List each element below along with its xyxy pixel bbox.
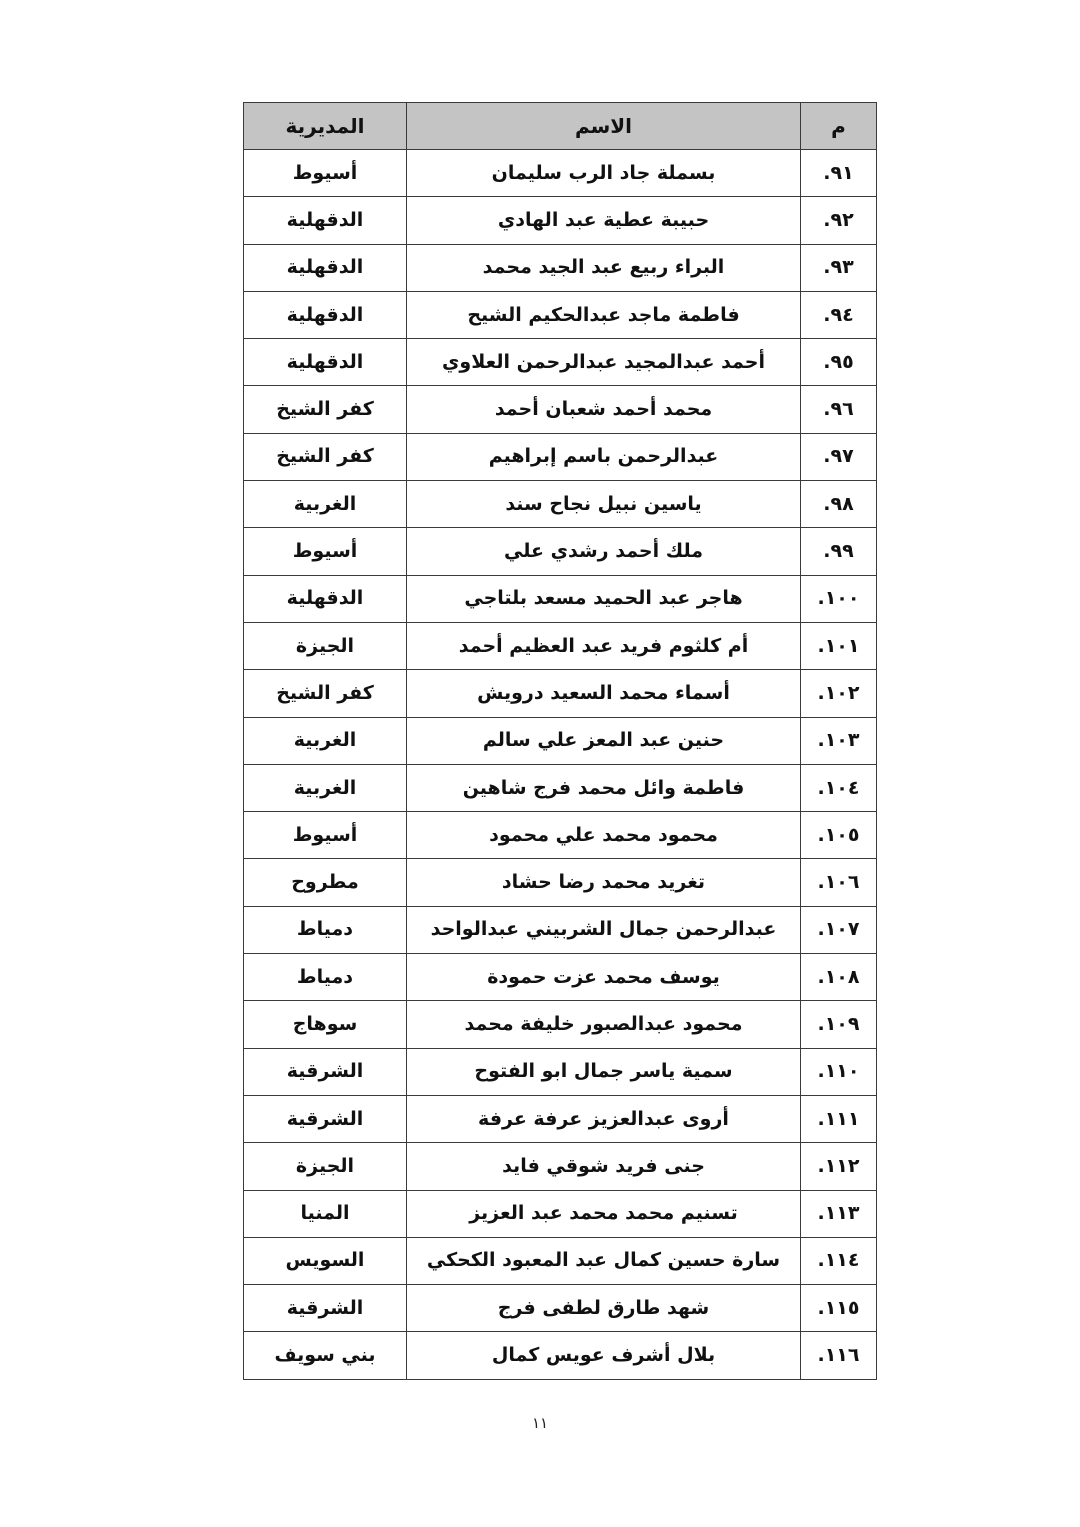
row-number: ١١٥.: [801, 1285, 877, 1332]
row-name: حبيبة عطية عبد الهادي: [407, 197, 801, 244]
row-number: ٩١.: [801, 150, 877, 197]
row-directorate: الغربية: [244, 764, 407, 811]
table-row: ٩٥.أحمد عبدالمجيد عبدالرحمن العلاويالدقه…: [244, 339, 877, 386]
row-directorate: الجيزة: [244, 1143, 407, 1190]
row-name: أروى عبدالعزيز عرفة عرفة: [407, 1095, 801, 1142]
table-row: ١١٣.تسنيم محمد محمد عبد العزيزالمنيا: [244, 1190, 877, 1237]
row-number: ١٠٢.: [801, 670, 877, 717]
row-directorate: الغربية: [244, 481, 407, 528]
table-row: ١١٠.سمية ياسر جمال ابو الفتوحالشرقية: [244, 1048, 877, 1095]
row-directorate: كفر الشيخ: [244, 670, 407, 717]
table-row: ٩٩.ملك أحمد رشدي عليأسيوط: [244, 528, 877, 575]
row-number: ١٠٥.: [801, 812, 877, 859]
row-number: ٩٣.: [801, 244, 877, 291]
row-name: تغريد محمد رضا حشاد: [407, 859, 801, 906]
row-number: ١٠٠.: [801, 575, 877, 622]
page-number: ١١: [0, 1414, 1080, 1432]
row-name: بسملة جاد الرب سليمان: [407, 150, 801, 197]
row-name: تسنيم محمد محمد عبد العزيز: [407, 1190, 801, 1237]
row-number: ١١٤.: [801, 1237, 877, 1284]
table-row: ٩٦.محمد أحمد شعبان أحمدكفر الشيخ: [244, 386, 877, 433]
row-number: ١٠١.: [801, 622, 877, 669]
row-directorate: أسيوط: [244, 812, 407, 859]
table-row: ١٠٤.فاطمة وائل محمد فرج شاهينالغربية: [244, 764, 877, 811]
row-directorate: الدقهلية: [244, 291, 407, 338]
table-row: ١٠٢.أسماء محمد السعيد درويشكفر الشيخ: [244, 670, 877, 717]
row-name: جنى فريد شوقي فايد: [407, 1143, 801, 1190]
row-name: محمد أحمد شعبان أحمد: [407, 386, 801, 433]
row-directorate: بني سويف: [244, 1332, 407, 1379]
row-number: ٩٨.: [801, 481, 877, 528]
row-name: أم كلثوم فريد عبد العظيم أحمد: [407, 622, 801, 669]
row-directorate: الشرقية: [244, 1285, 407, 1332]
table-row: ٩٧.عبدالرحمن باسم إبراهيمكفر الشيخ: [244, 433, 877, 480]
row-name: سمية ياسر جمال ابو الفتوح: [407, 1048, 801, 1095]
row-directorate: الدقهلية: [244, 575, 407, 622]
row-name: فاطمة وائل محمد فرج شاهين: [407, 764, 801, 811]
table-row: ٩٢.حبيبة عطية عبد الهاديالدقهلية: [244, 197, 877, 244]
row-name: محمود عبدالصبور خليفة محمد: [407, 1001, 801, 1048]
header-name: الاسم: [407, 103, 801, 150]
row-name: ياسين نبيل نجاح سند: [407, 481, 801, 528]
table-row: ١١٢.جنى فريد شوقي فايدالجيزة: [244, 1143, 877, 1190]
table-row: ١٠٦.تغريد محمد رضا حشادمطروح: [244, 859, 877, 906]
row-directorate: دمياط: [244, 954, 407, 1001]
table-row: ١٠٥.محمود محمد علي محمودأسيوط: [244, 812, 877, 859]
row-directorate: السويس: [244, 1237, 407, 1284]
row-directorate: سوهاج: [244, 1001, 407, 1048]
row-directorate: الجيزة: [244, 622, 407, 669]
table-row: ١٠٠.هاجر عبد الحميد مسعد بلتاجيالدقهلية: [244, 575, 877, 622]
row-number: ٩٧.: [801, 433, 877, 480]
row-directorate: المنيا: [244, 1190, 407, 1237]
row-number: ١١٣.: [801, 1190, 877, 1237]
table-row: ٩٨.ياسين نبيل نجاح سندالغربية: [244, 481, 877, 528]
row-directorate: كفر الشيخ: [244, 433, 407, 480]
row-number: ٩٥.: [801, 339, 877, 386]
table-row: ٩٣.البراء ربيع عبد الجيد محمدالدقهلية: [244, 244, 877, 291]
table-header-row: م الاسم المديرية: [244, 103, 877, 150]
row-name: محمود محمد علي محمود: [407, 812, 801, 859]
row-directorate: الدقهلية: [244, 197, 407, 244]
row-name: أحمد عبدالمجيد عبدالرحمن العلاوي: [407, 339, 801, 386]
row-number: ١١٢.: [801, 1143, 877, 1190]
table-row: ١١١.أروى عبدالعزيز عرفة عرفةالشرقية: [244, 1095, 877, 1142]
header-number: م: [801, 103, 877, 150]
row-directorate: الدقهلية: [244, 339, 407, 386]
row-directorate: الشرقية: [244, 1095, 407, 1142]
row-name: بلال أشرف عويس كمال: [407, 1332, 801, 1379]
row-number: ١٠٣.: [801, 717, 877, 764]
row-directorate: الشرقية: [244, 1048, 407, 1095]
table-row: ١١٦.بلال أشرف عويس كمالبني سويف: [244, 1332, 877, 1379]
row-directorate: الغربية: [244, 717, 407, 764]
row-number: ٩٦.: [801, 386, 877, 433]
row-number: ١٠٧.: [801, 906, 877, 953]
table-row: ١٠٣.حنين عبد المعز علي سالمالغربية: [244, 717, 877, 764]
row-name: سارة حسين كمال عبد المعبود الكحكي: [407, 1237, 801, 1284]
table-row: ١١٥.شهد طارق لطفى فرجالشرقية: [244, 1285, 877, 1332]
row-directorate: أسيوط: [244, 150, 407, 197]
row-name: شهد طارق لطفى فرج: [407, 1285, 801, 1332]
table-row: ٩١.بسملة جاد الرب سليمانأسيوط: [244, 150, 877, 197]
row-number: ١٠٦.: [801, 859, 877, 906]
names-table: م الاسم المديرية ٩١.بسملة جاد الرب سليما…: [243, 102, 877, 1380]
table-row: ١٠١.أم كلثوم فريد عبد العظيم أحمدالجيزة: [244, 622, 877, 669]
row-name: ملك أحمد رشدي علي: [407, 528, 801, 575]
row-number: ١٠٩.: [801, 1001, 877, 1048]
row-name: يوسف محمد عزت حمودة: [407, 954, 801, 1001]
row-name: فاطمة ماجد عبدالحكيم الشيح: [407, 291, 801, 338]
table-row: ١٠٨.يوسف محمد عزت حمودةدمياط: [244, 954, 877, 1001]
row-number: ٩٢.: [801, 197, 877, 244]
row-number: ٩٤.: [801, 291, 877, 338]
header-directorate: المديرية: [244, 103, 407, 150]
table-body: ٩١.بسملة جاد الرب سليمانأسيوط٩٢.حبيبة عط…: [244, 150, 877, 1380]
row-name: عبدالرحمن باسم إبراهيم: [407, 433, 801, 480]
row-name: حنين عبد المعز علي سالم: [407, 717, 801, 764]
row-number: ١١١.: [801, 1095, 877, 1142]
row-number: ١١٠.: [801, 1048, 877, 1095]
row-number: ١٠٤.: [801, 764, 877, 811]
row-directorate: الدقهلية: [244, 244, 407, 291]
row-name: البراء ربيع عبد الجيد محمد: [407, 244, 801, 291]
table-row: ٩٤.فاطمة ماجد عبدالحكيم الشيحالدقهلية: [244, 291, 877, 338]
row-directorate: أسيوط: [244, 528, 407, 575]
row-name: أسماء محمد السعيد درويش: [407, 670, 801, 717]
table-row: ١٠٧.عبدالرحمن جمال الشربيني عبدالواحددمي…: [244, 906, 877, 953]
row-number: ٩٩.: [801, 528, 877, 575]
row-number: ١٠٨.: [801, 954, 877, 1001]
row-number: ١١٦.: [801, 1332, 877, 1379]
row-directorate: كفر الشيخ: [244, 386, 407, 433]
table-row: ١١٤.سارة حسين كمال عبد المعبود الكحكيالس…: [244, 1237, 877, 1284]
document-page: م الاسم المديرية ٩١.بسملة جاد الرب سليما…: [0, 0, 1080, 1527]
row-name: عبدالرحمن جمال الشربيني عبدالواحد: [407, 906, 801, 953]
row-directorate: دمياط: [244, 906, 407, 953]
table-row: ١٠٩.محمود عبدالصبور خليفة محمدسوهاج: [244, 1001, 877, 1048]
row-directorate: مطروح: [244, 859, 407, 906]
row-name: هاجر عبد الحميد مسعد بلتاجي: [407, 575, 801, 622]
